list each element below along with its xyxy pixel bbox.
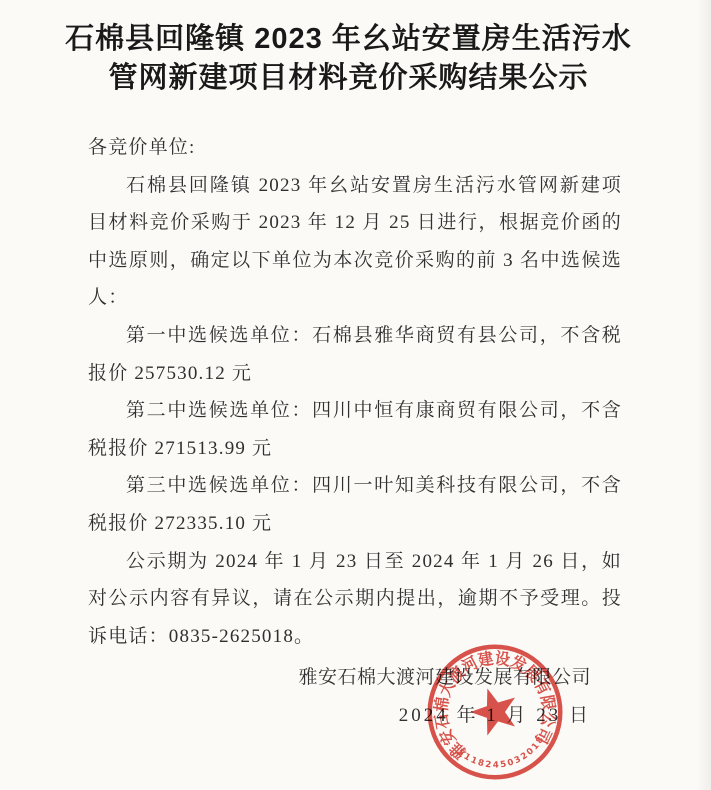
- document-body: 各竞价单位: 石棉县回隆镇 2023 年幺站安置房生活污水管网新建项目材料竞价采…: [88, 129, 622, 655]
- red-star-icon: [465, 681, 524, 738]
- paragraph-candidate-1: 第一中选候选单位：石棉县雅华商贸有县公司，不含税报价 257530.12 元: [88, 317, 622, 392]
- salutation: 各竞价单位:: [88, 129, 622, 167]
- paragraph-candidate-3: 第三中选候选单位：四川一叶知美科技有限公司，不含税报价 272335.10 元: [88, 467, 622, 542]
- paragraph-procurement-overview: 石棉县回隆镇 2023 年幺站安置房生活污水管网新建项目材料竞价采购于 2023…: [88, 167, 622, 317]
- official-seal: 雅安石棉大渡河建设发展有限公司 5118245032018: [420, 637, 570, 787]
- paragraph-candidate-2: 第二中选候选单位：四川中恒有康商贸有限公司，不含税报价 271513.99 元: [88, 392, 622, 467]
- document-title: 石棉县回隆镇 2023 年幺站安置房生活污水 管网新建项目材料竞价采购结果公示: [0, 20, 697, 98]
- document-page: 石棉县回隆镇 2023 年幺站安置房生活污水 管网新建项目材料竞价采购结果公示 …: [0, 0, 711, 790]
- title-line-2: 管网新建项目材料竞价采购结果公示: [0, 59, 697, 98]
- title-line-1: 石棉县回隆镇 2023 年幺站安置房生活污水: [0, 20, 697, 59]
